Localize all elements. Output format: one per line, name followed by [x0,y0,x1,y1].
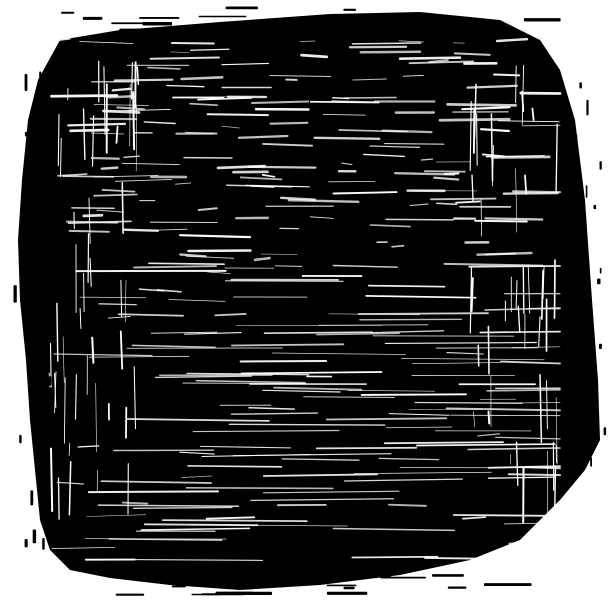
brush-stroke-square [0,0,612,600]
grunge-brush-texture [0,0,612,600]
